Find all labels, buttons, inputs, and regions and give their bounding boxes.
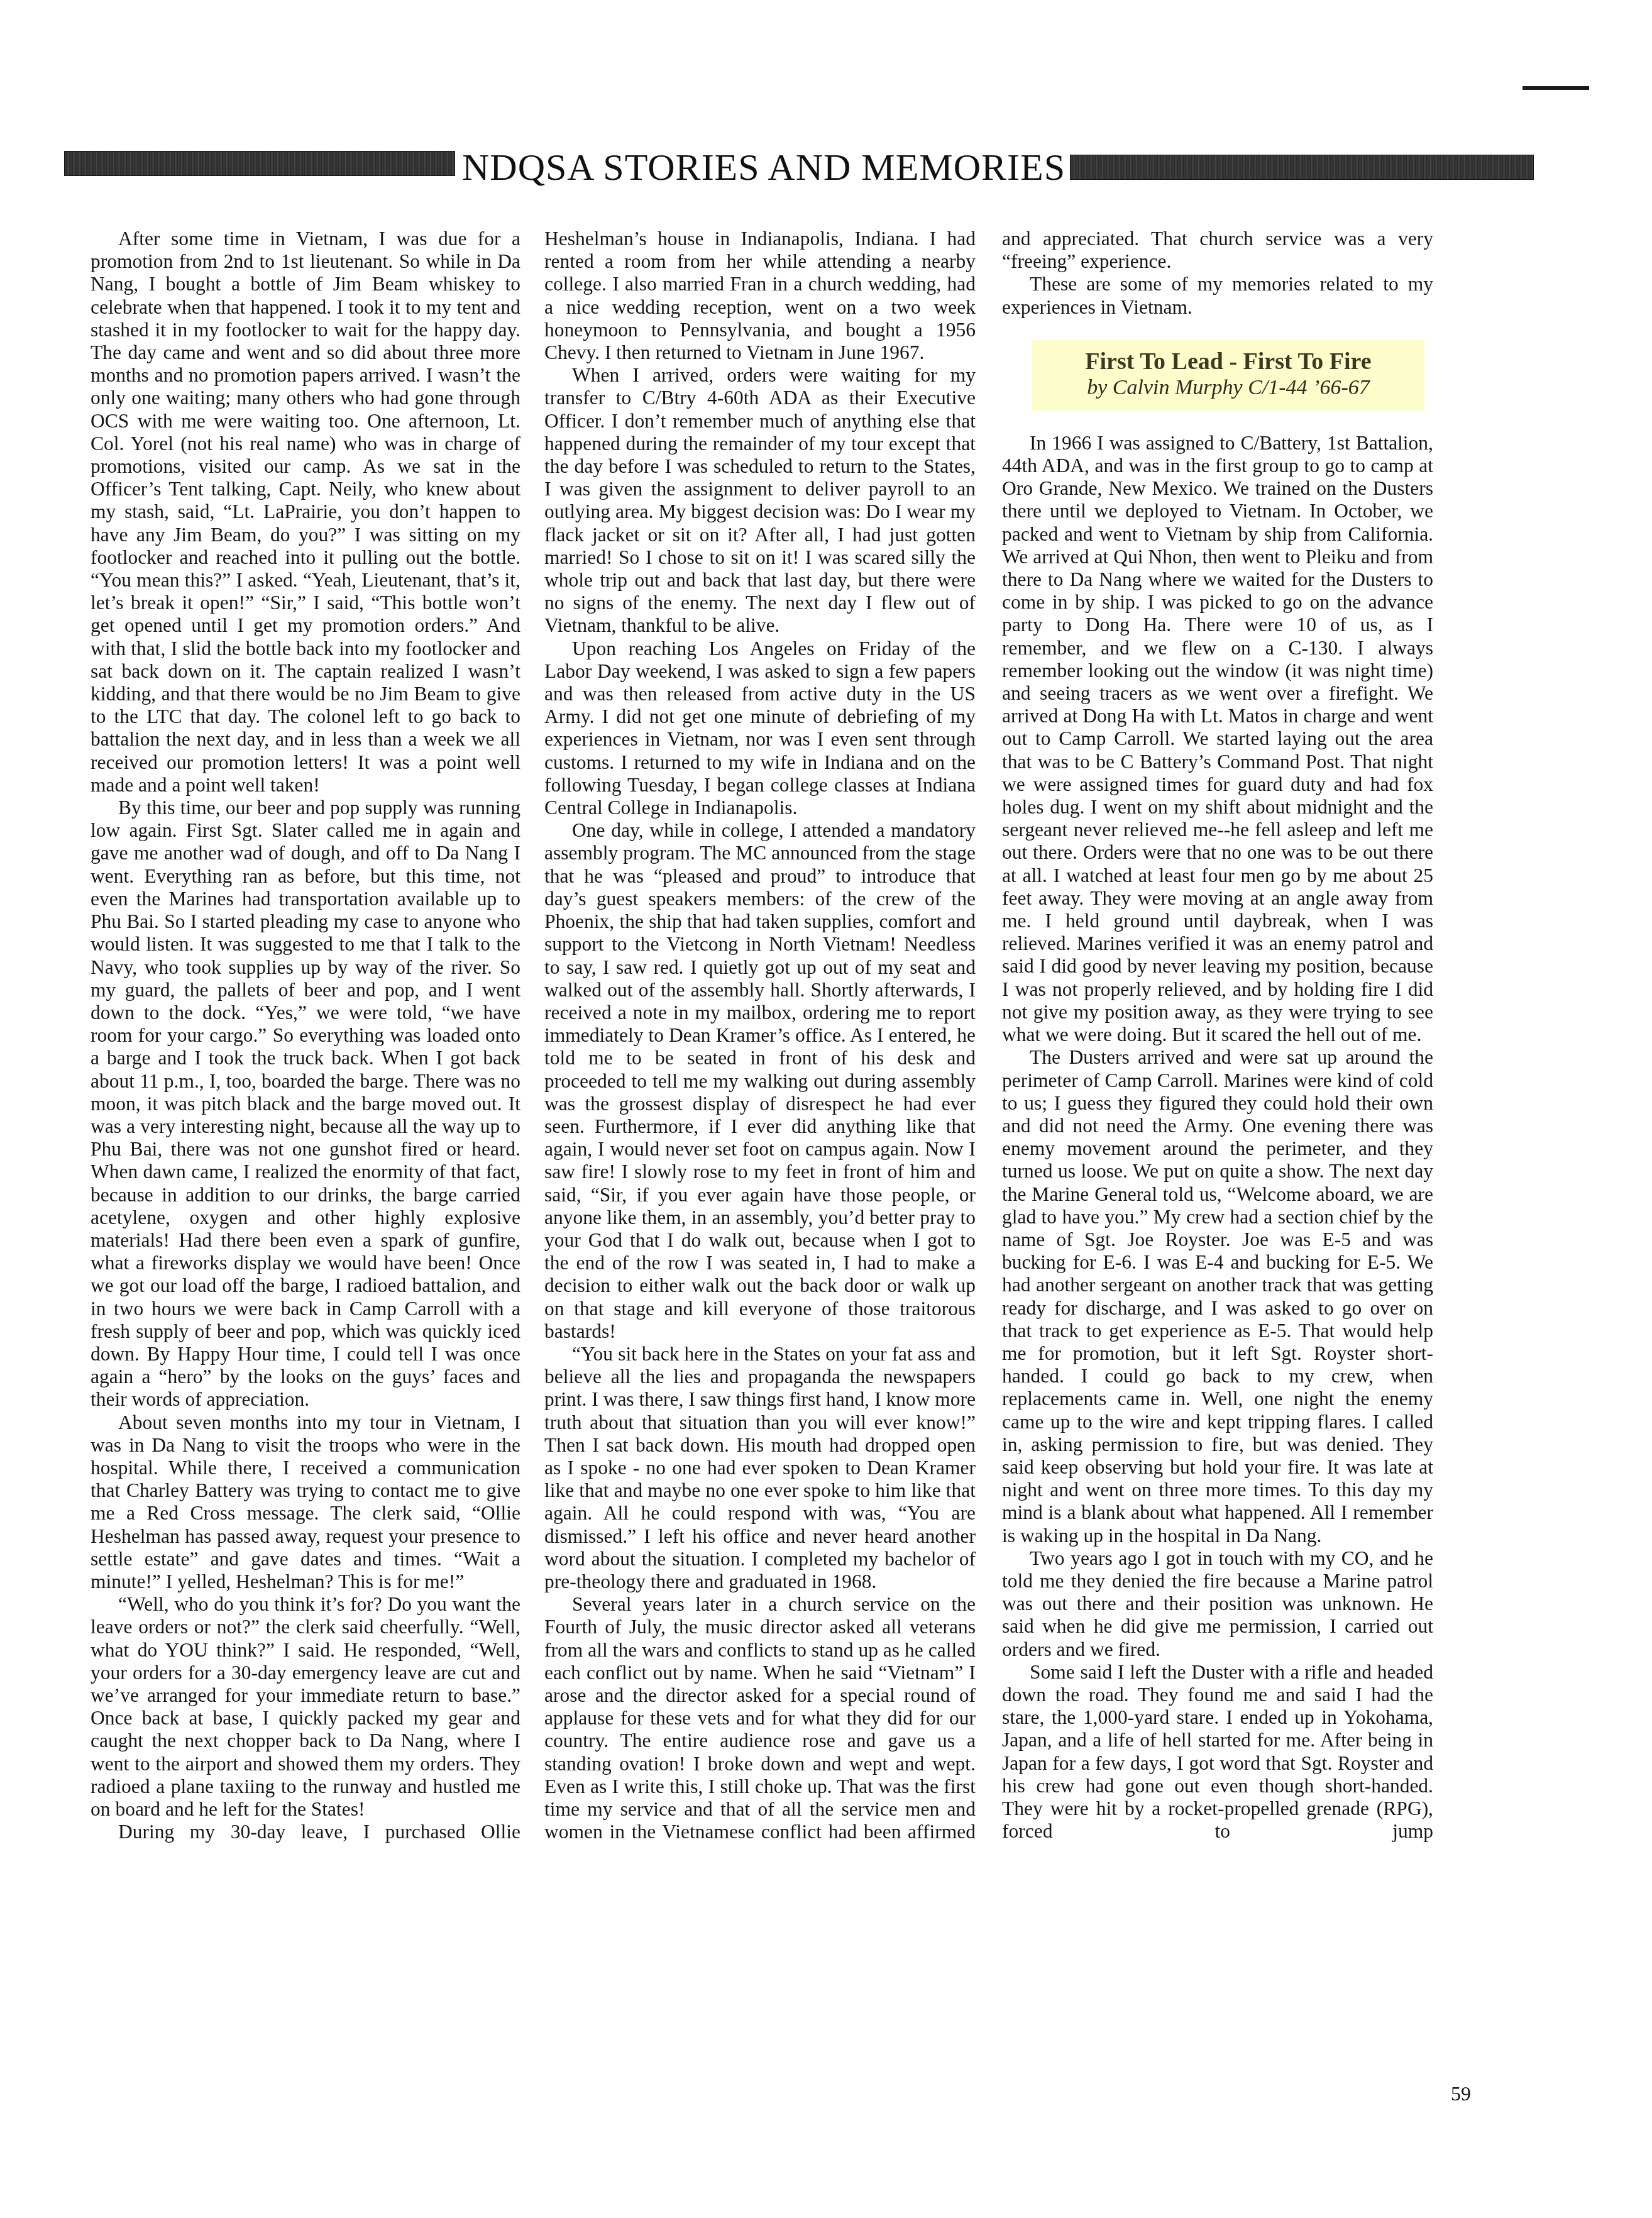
paragraph: When I arrived, orders were waiting for … (544, 364, 976, 637)
paragraph: and appreciated. That church service was… (1002, 228, 1433, 273)
paragraph: Upon reaching Los Angeles on Friday of t… (544, 637, 976, 820)
header-bar-left (64, 151, 455, 176)
paragraph: Some said I left the Duster with a rifle… (1002, 1661, 1433, 1843)
story-heading-box: First To Lead - First To Fire by Calvin … (1032, 340, 1424, 411)
paragraph: After some time in Vietnam, I was due fo… (91, 228, 520, 797)
paragraph: “You sit back here in the States on your… (544, 1343, 976, 1593)
corner-rule (1523, 86, 1589, 90)
paragraph: One day, while in college, I attended a … (544, 819, 976, 1343)
paragraph: About seven months into my tour in Vietn… (91, 1411, 520, 1594)
column-3: and appreciated. That church service was… (1002, 228, 1433, 1843)
paragraph: Heshelman’s house in Indianapolis, India… (544, 228, 976, 364)
section-header: NDQSA STORIES AND MEMORIES (64, 146, 1534, 190)
column-1: After some time in Vietnam, I was due fo… (91, 228, 520, 1843)
story-title: First To Lead - First To Fire (1032, 348, 1424, 375)
section-title: NDQSA STORIES AND MEMORIES (460, 146, 1067, 189)
paragraph: These are some of my memories related to… (1002, 273, 1433, 318)
story-byline: by Calvin Murphy C/1-44 ’66-67 (1032, 375, 1424, 400)
paragraph: Two years ago I got in touch with my CO,… (1002, 1547, 1433, 1661)
paragraph: Several years later in a church service … (544, 1593, 976, 1843)
page-number: 59 (1451, 2082, 1471, 2105)
paragraph: In 1966 I was assigned to C/Battery, 1st… (1002, 432, 1433, 1046)
paragraph: By this time, our beer and pop supply wa… (91, 797, 520, 1411)
paragraph: The Dusters arrived and were sat up arou… (1002, 1046, 1433, 1547)
column-2: Heshelman’s house in Indianapolis, India… (544, 228, 976, 1843)
paragraph: “Well, who do you think it’s for? Do you… (91, 1593, 520, 1821)
header-bar-right (1070, 155, 1534, 180)
paragraph: During my 30-day leave, I purchased Olli… (91, 1821, 520, 1843)
